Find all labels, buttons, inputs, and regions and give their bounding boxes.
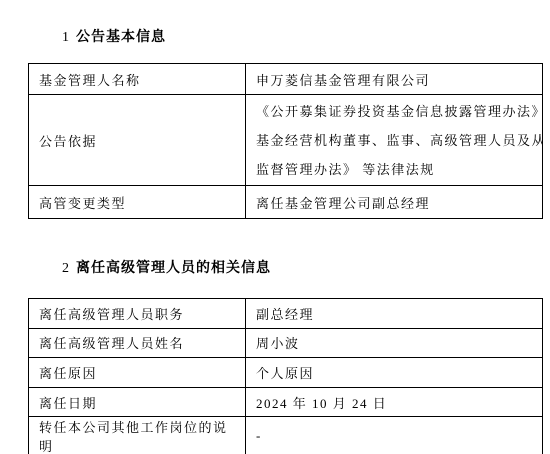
row-value: 副总经理 [246, 299, 543, 329]
table-row: 高管变更类型 离任基金管理公司副总经理 [29, 186, 543, 219]
section1-number: 1 [62, 30, 69, 45]
row-value: 个人原因 [246, 358, 543, 388]
row-label: 离任高级管理人员姓名 [29, 328, 246, 358]
row-value-line: 《公开募集证券投资基金信息披露管理办法》《证券 [256, 97, 538, 126]
table-row: 转任本公司其他工作岗位的说明 - [29, 417, 543, 454]
row-value: 《公开募集证券投资基金信息披露管理办法》《证券 基金经营机构董事、监事、高级管理… [246, 95, 543, 186]
row-value-line: 基金经营机构董事、监事、高级管理人员及从业人员 [256, 126, 538, 155]
row-value: 离任基金管理公司副总经理 [246, 186, 543, 219]
row-label: 公告依据 [29, 95, 246, 186]
table-row: 离任高级管理人员职务 副总经理 [29, 299, 543, 329]
section2-heading: 2离任高级管理人员的相关信息 [62, 261, 271, 277]
section1-title: 公告基本信息 [76, 30, 166, 45]
section2-title: 离任高级管理人员的相关信息 [76, 261, 271, 276]
table-row: 公告依据 《公开募集证券投资基金信息披露管理办法》《证券 基金经营机构董事、监事… [29, 95, 543, 186]
basic-info-table: 基金管理人名称 申万菱信基金管理有限公司 公告依据 《公开募集证券投资基金信息披… [28, 63, 543, 219]
row-label: 转任本公司其他工作岗位的说明 [29, 417, 246, 454]
table-row: 离任日期 2024 年 10 月 24 日 [29, 387, 543, 417]
row-value: 周小波 [246, 328, 543, 358]
row-label: 离任原因 [29, 358, 246, 388]
row-label: 基金管理人名称 [29, 64, 246, 95]
section1-heading: 1公告基本信息 [62, 30, 166, 46]
row-label: 离任日期 [29, 387, 246, 417]
table-row: 基金管理人名称 申万菱信基金管理有限公司 [29, 64, 543, 95]
row-value-line: 监督管理办法》 等法律法规 [256, 155, 538, 184]
table-row: 离任原因 个人原因 [29, 358, 543, 388]
table-row: 离任高级管理人员姓名 周小波 [29, 328, 543, 358]
row-label: 高管变更类型 [29, 186, 246, 219]
section2-number: 2 [62, 261, 69, 276]
row-value: - [246, 417, 543, 454]
row-value: 申万菱信基金管理有限公司 [246, 64, 543, 95]
row-label: 离任高级管理人员职务 [29, 299, 246, 329]
departure-info-table: 离任高级管理人员职务 副总经理 离任高级管理人员姓名 周小波 离任原因 个人原因… [28, 298, 543, 454]
row-value: 2024 年 10 月 24 日 [246, 387, 543, 417]
